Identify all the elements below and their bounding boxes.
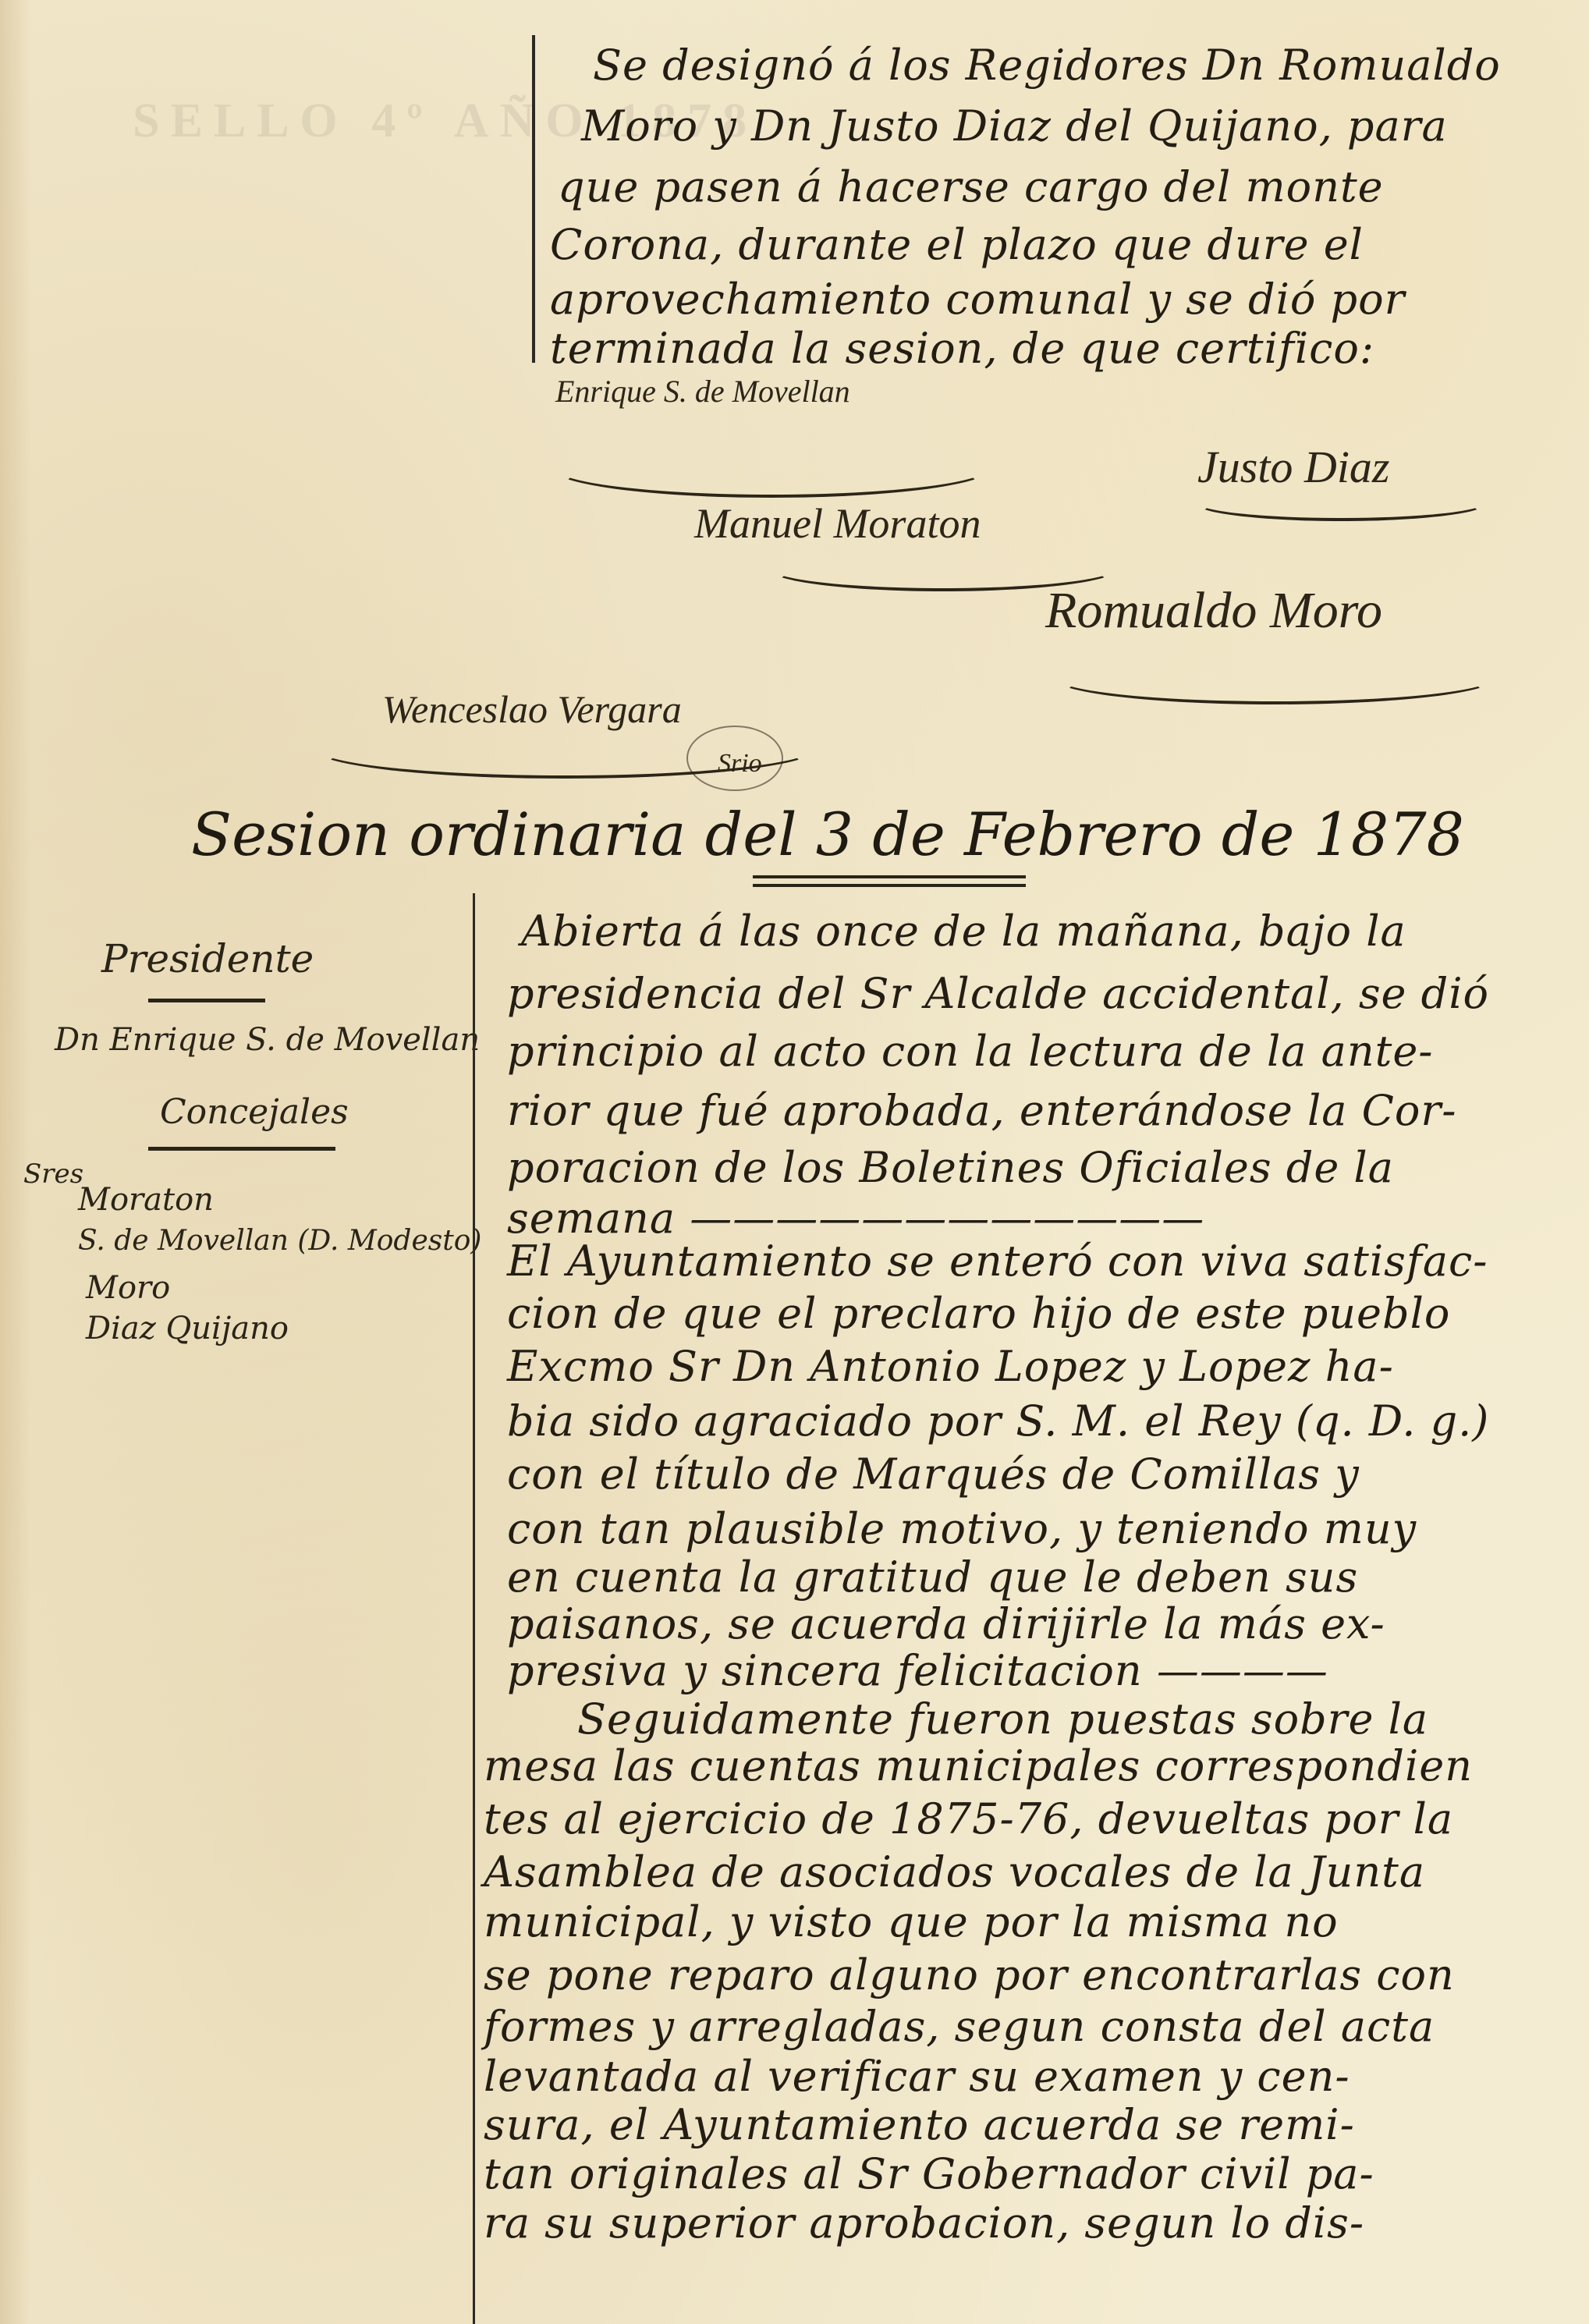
text-line: levantada al verificar su examen y cen- xyxy=(484,2052,1350,2101)
text-line: paisanos, se acuerda dirijirle la más ex… xyxy=(507,1599,1385,1648)
president-name: Dn Enrique S. de Movellan xyxy=(55,1022,480,1058)
text-line: formes y arregladas, segun consta del ac… xyxy=(484,2002,1435,2051)
president-underline xyxy=(148,999,265,1002)
councillors-label: Concejales xyxy=(160,1092,349,1132)
margin-rule-top xyxy=(532,35,535,363)
text-line: Abierta á las once de la mañana, bajo la xyxy=(521,907,1406,956)
text-line: tan originales al Sr Gobernador civil pa… xyxy=(484,2149,1374,2198)
text-line: terminada la sesion, de que certifico: xyxy=(550,324,1374,373)
signature-manuel-moraton: Manuel Moraton xyxy=(694,499,981,548)
text-line: que pasen á hacerse cargo del monte xyxy=(558,162,1384,211)
text-line: bia sido agraciado por S. M. el Rey (q. … xyxy=(507,1396,1489,1446)
text-line: semana ———————————— xyxy=(507,1194,1204,1243)
text-line: en cuenta la gratitud que le deben sus xyxy=(507,1552,1358,1602)
text-line: sura, el Ayuntamiento acuerda se remi- xyxy=(484,2100,1355,2149)
text-line: El Ayuntamiento se enteró con viva satis… xyxy=(507,1237,1488,1286)
margin-rule-main xyxy=(473,893,475,2324)
text-line: presiva y sincera felicitacion ———— xyxy=(507,1646,1328,1695)
text-line: con el título de Marqués de Comillas y xyxy=(507,1449,1360,1499)
text-line: Asamblea de asociados vocales de la Junt… xyxy=(484,1847,1425,1896)
signature-romualdo-moro: Romualdo Moro xyxy=(1045,581,1382,640)
text-line: Excmo Sr Dn Antonio Lopez y Lopez ha- xyxy=(507,1342,1394,1391)
text-line: con tan plausible motivo, y teniendo muy xyxy=(507,1504,1417,1553)
text-line: se pone reparo alguno por encontrarlas c… xyxy=(484,1950,1455,1999)
councillors-underline xyxy=(148,1147,335,1151)
text-line: cion de que el preclaro hijo de este pue… xyxy=(507,1289,1450,1338)
councillor-item: Moro xyxy=(86,1270,170,1306)
text-line: presidencia del Sr Alcalde accidental, s… xyxy=(507,969,1489,1018)
text-line: ra su superior aprobacion, segun lo dis- xyxy=(484,2198,1364,2248)
heading-underline xyxy=(753,875,1026,878)
president-label: Presidente xyxy=(101,936,314,981)
signature-mayor: Enrique S. de Movellan xyxy=(555,373,850,410)
text-line: Corona, durante el plazo que dure el xyxy=(550,220,1364,269)
text-line: Seguidamente fueron puestas sobre la xyxy=(577,1694,1428,1744)
text-line: principio al acto con la lectura de la a… xyxy=(507,1027,1434,1076)
councillor-item: S. de Movellan (D. Modesto) xyxy=(78,1225,481,1257)
text-line: municipal, y visto que por la misma no xyxy=(484,1897,1339,1946)
heading-underline xyxy=(753,884,1026,887)
councillor-item: Diaz Quijano xyxy=(86,1311,289,1347)
text-line: aprovechamiento comunal y se dió por xyxy=(550,275,1405,324)
text-line: mesa las cuentas municipales correspondi… xyxy=(484,1741,1473,1790)
text-line: tes al ejercicio de 1875-76, devueltas p… xyxy=(484,1794,1453,1843)
text-line: poracion de los Boletines Oficiales de l… xyxy=(507,1143,1394,1192)
signature-flourish xyxy=(1053,651,1496,704)
session-heading: Sesion ordinaria del 3 de Febrero de 187… xyxy=(191,800,1464,869)
text-line: rior que fué aprobada, enterándose la Co… xyxy=(507,1086,1456,1135)
councillors-prefix: Sres xyxy=(23,1158,83,1190)
signature-flourish xyxy=(312,718,818,779)
text-line: Moro y Dn Justo Diaz del Quijano, para xyxy=(581,101,1448,151)
councillor-item: Moraton xyxy=(78,1182,214,1218)
signature-flourish xyxy=(1194,484,1488,521)
signature-flourish xyxy=(550,437,993,498)
text-line: Se designó á los Regidores Dn Romualdo xyxy=(593,41,1501,90)
